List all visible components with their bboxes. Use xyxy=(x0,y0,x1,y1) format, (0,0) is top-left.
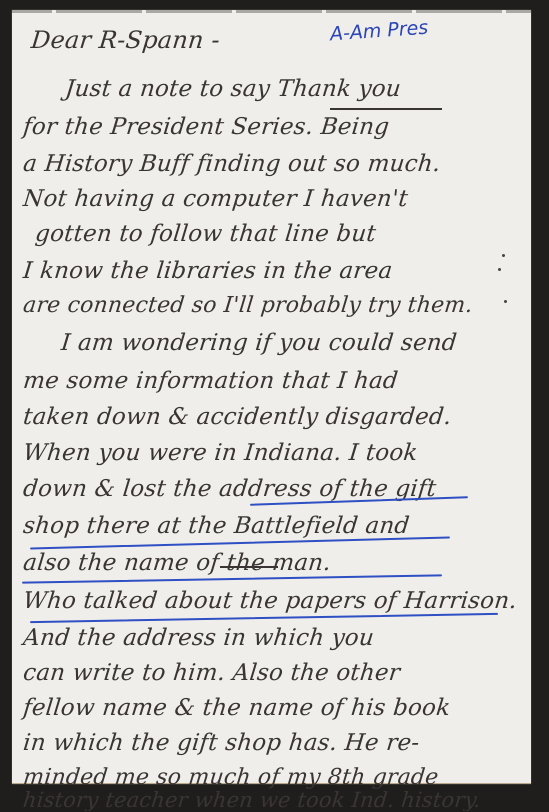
letter-line-4: Not having a computer I haven't xyxy=(22,188,409,211)
blue-annotation: A-Am Pres xyxy=(329,17,429,46)
letter-page: Dear R-Spann - A-Am Pres Just a note to … xyxy=(12,10,531,784)
letter-line-1: Just a note to say Thank you xyxy=(64,78,402,101)
paper-torn-edge xyxy=(12,10,531,13)
letter-line-11: When you were in Indiana. I took xyxy=(22,442,419,465)
letter-line-9: me some information that I had xyxy=(22,370,399,393)
crossed-out-word xyxy=(220,566,278,568)
letter-line-16: And the address in which you xyxy=(22,627,375,650)
letter-line-20: minded me so much of my 8th grade xyxy=(22,767,440,789)
letter-line-12: down & lost the address of the gift xyxy=(22,478,437,501)
letter-line-17: can write to him. Also the other xyxy=(22,662,401,685)
letter-line-14: also the name of the man. xyxy=(22,552,332,575)
scan-speck xyxy=(502,254,505,257)
letter-line-5: gotten to follow that line but xyxy=(34,223,377,246)
blue-underline-4 xyxy=(30,613,498,623)
letter-line-18: fellow name & the name of his book xyxy=(22,697,451,720)
letter-line-2: for the President Series. Being xyxy=(22,116,390,139)
letter-line-8: I am wondering if you could send xyxy=(60,332,458,355)
letter-line-15: Who talked about the papers of Harrison. xyxy=(22,590,518,613)
letter-line-10: taken down & accidently disgarded. xyxy=(22,406,453,429)
salutation: Dear R-Spann - xyxy=(30,28,221,52)
letter-line-13: shop there at the Battlefield and xyxy=(22,515,411,538)
letter-line-21: history teacher when we took Ind. histor… xyxy=(22,790,482,800)
letter-line-3: a History Buff finding out so much. xyxy=(22,153,442,176)
scan-background: Dear R-Spann - A-Am Pres Just a note to … xyxy=(0,0,549,800)
scan-speck xyxy=(498,268,501,271)
letter-line-19: in which the gift shop has. He re- xyxy=(22,732,420,755)
thank-you-underline xyxy=(330,108,442,110)
letter-line-7: are connected so I'll probably try them. xyxy=(22,295,474,317)
letter-line-6: I know the libraries in the area xyxy=(22,260,393,283)
scan-speck xyxy=(504,300,507,303)
